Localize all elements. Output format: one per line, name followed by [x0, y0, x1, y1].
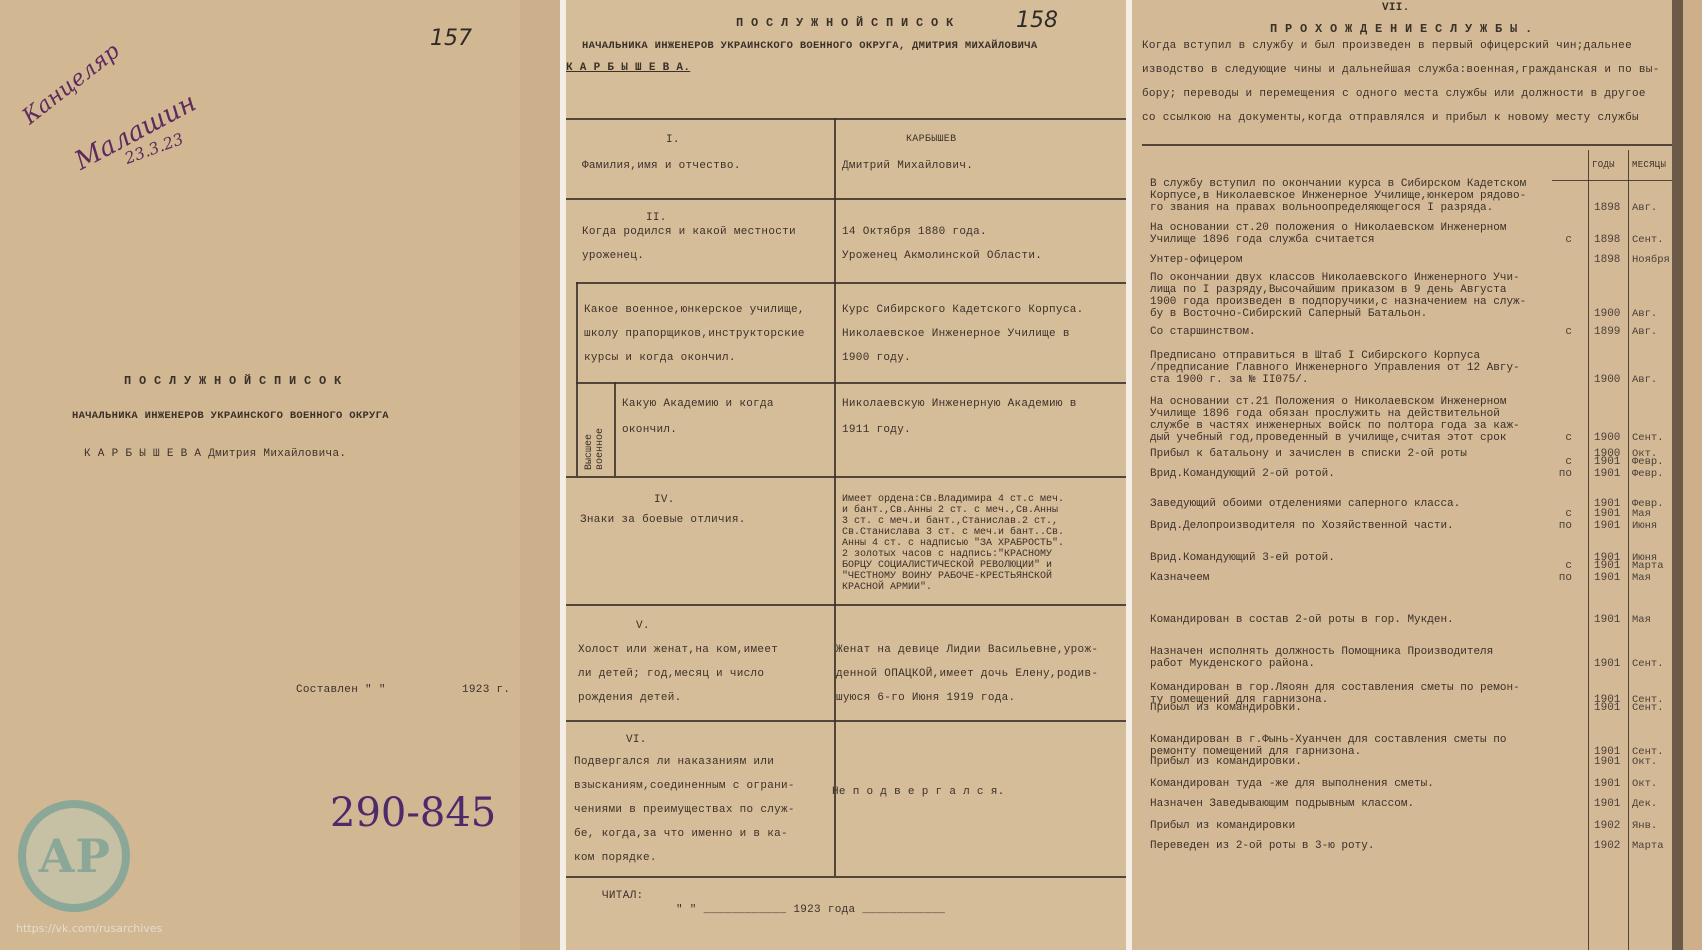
entry-year: 1899 — [1594, 326, 1620, 338]
entry-text: Прибыл из командировки — [1150, 820, 1295, 832]
entry-text: Казначеем — [1150, 572, 1209, 584]
section-answer: Курс Сибирского Кадетского Корпуса. — [842, 304, 1084, 316]
months-header: МЕСЯЦЫ — [1632, 160, 1666, 170]
section-question: ли детей; год,месяц и число — [578, 668, 764, 680]
entry-text: Унтер-офицером — [1150, 254, 1242, 266]
entry-year: 1900 — [1594, 308, 1620, 320]
entry-text: Командирован в г.Фынь-Хуанчен для состав… — [1150, 734, 1506, 758]
section-answer: Уроженец Акмолинской Области. — [842, 250, 1042, 262]
cover-subtitle: НАЧАЛЬНИКА ИНЖЕНЕРОВ УКРАИНСКОГО ВОЕННОГ… — [72, 410, 389, 422]
entry-month: Авг. — [1632, 308, 1657, 320]
entry-month: Февр. Февр. — [1632, 456, 1664, 480]
entry-text: Прибыл из командировки. — [1150, 702, 1302, 714]
table-border — [566, 604, 1126, 606]
section-question: Фамилия,имя и отчество. — [582, 160, 741, 172]
entry-text: Заведующий обоими отделениями саперного … — [1150, 498, 1460, 510]
awards-answer: Имеет ордена:Св.Владимира 4 ст.с меч. и … — [842, 494, 1064, 593]
read-date-line: " " ____________ 1923 года ____________ — [676, 904, 945, 916]
answer-line: "ЧЕСТНОМУ ВОИНУ РАБОЧЕ-КРЕСТЬЯНСКОЙ — [842, 571, 1064, 582]
entry-text: В службу вступил по окончании курса в Си… — [1150, 178, 1526, 214]
entry-year: 1901 1901 — [1594, 456, 1620, 480]
section-answer: 1911 году. — [842, 424, 911, 436]
table-border — [566, 476, 1126, 478]
months-column-divider — [1628, 150, 1629, 950]
table-border — [1142, 144, 1702, 146]
section-num: IV. — [654, 494, 675, 506]
record-title: П О С Л У Ж Н О Й С П И С О К — [736, 16, 954, 30]
intro-line: изводство в следующие чины и дальнейшая … — [1142, 64, 1660, 76]
section-answer: Дмитрий Михайлович. — [842, 160, 973, 172]
table-column-divider — [834, 118, 836, 876]
document-page-service-record: 158 П О С Л У Ж Н О Й С П И С О К НАЧАЛЬ… — [566, 0, 1126, 950]
section-answer: Не п о д в е р г а л с я. — [832, 786, 1005, 798]
section-answer: 14 Октября 1880 года. — [842, 226, 987, 238]
table-border — [566, 198, 1126, 200]
entry-from-to: с — [1532, 234, 1572, 246]
entry-from-to: с — [1532, 432, 1572, 444]
section-answer: 1900 году. — [842, 352, 911, 364]
entry-text: Назначен исполнять должность Помощника П… — [1150, 646, 1493, 670]
entry-month: Авг. — [1632, 374, 1657, 386]
intro-line: со ссылкою на документы,когда отправлялс… — [1142, 112, 1639, 124]
entry-year: 1901 — [1594, 756, 1620, 768]
section-answer: Николаевское Инженерное Училище в — [842, 328, 1070, 340]
entry-month: Окт. — [1632, 756, 1657, 768]
entry-text: Врид.Командующий 3-ей ротой. — [1150, 552, 1335, 564]
entry-month: Авг. — [1632, 326, 1657, 338]
document-page-service-history: VII. П Р О Х О Ж Д Е Н И Е С Л У Ж Б Ы .… — [1132, 0, 1702, 950]
watermark-link[interactable]: https://vk.com/rusarchives — [16, 922, 162, 935]
section-question: Когда родился и какой местности — [582, 226, 796, 238]
answer-line: БОРЦУ СОЦИАЛИСТИЧЕСКОЙ РЕВОЛЮЦИИ" и — [842, 560, 1064, 571]
section-question: взысканиям,соединенным с ограни- — [574, 780, 795, 792]
entry-month: Сент. — [1632, 432, 1664, 444]
document-page-cover: 157 Канцеляр Малашин 23.3.23 П О С Л У Ж… — [0, 0, 520, 950]
entry-year: 1901 — [1594, 798, 1620, 810]
section-question: чениями в преимуществах по служ- — [574, 804, 795, 816]
entry-year: 1898 — [1594, 202, 1620, 214]
cover-name-line: К А Р Б Ы Ш Е В А Дмитрия Михайловича. — [84, 448, 346, 460]
section-answer: шуюся 6-го Июня 1919 года. — [836, 692, 1015, 704]
section-question: Какую Академию и когда — [622, 398, 774, 410]
section-question: рождения детей. — [578, 692, 682, 704]
section-answer: денной ОПАЦКОЙ,имеет дочь Елену,родив- — [836, 668, 1098, 680]
section-num: II. — [646, 212, 667, 224]
answer-line: КРАСНОЙ АРМИИ". — [842, 582, 1064, 593]
years-header: ГОДЫ — [1592, 160, 1615, 170]
table-column-divider — [576, 282, 578, 476]
section-num: I. — [666, 134, 680, 146]
entry-text: Врид.Делопроизводителя по Хозяйственной … — [1150, 520, 1454, 532]
entry-month: Окт. — [1632, 778, 1657, 790]
entry-year: 1902 — [1594, 840, 1620, 852]
entry-month: Мая — [1632, 614, 1651, 626]
entry-year: 1901 — [1594, 778, 1620, 790]
section-question: окончил. — [622, 424, 677, 436]
section-num: V. — [636, 620, 650, 632]
section-question: Знаки за боевые отличия. — [580, 514, 746, 526]
entry-year: 1901 — [1594, 614, 1620, 626]
record-subtitle: НАЧАЛЬНИКА ИНЖЕНЕРОВ УКРАИНСКОГО ВОЕННОГ… — [582, 40, 1037, 52]
entry-text: Командирован в состав 2-ой роты в гор. М… — [1150, 614, 1454, 626]
entry-text: Со старшинством. — [1150, 326, 1256, 338]
section-question: ком порядке. — [574, 852, 657, 864]
table-column-divider — [614, 382, 616, 476]
answer-line: и бант.,Св.Анны 2 ст. с меч.,Св.Анны — [842, 505, 1064, 516]
section-answer: Женат на девице Лидии Васильевне,урож- — [836, 644, 1098, 656]
table-border — [566, 876, 1126, 878]
entry-month: Сент. — [1632, 658, 1664, 670]
entry-year: 1900 — [1594, 432, 1620, 444]
entry-year: 1901 1901 — [1594, 508, 1620, 532]
entry-month: Марта Мая — [1632, 560, 1664, 584]
answer-line: Св.Станислава 3 ст. с меч.и бант..Св. — [842, 527, 1064, 538]
page-number: 158 — [1016, 8, 1058, 33]
entry-text: Врид.Командующий 2-ой ротой. — [1150, 468, 1335, 480]
entry-month: Марта — [1632, 840, 1664, 852]
handwritten-note-line1: Канцеляр — [18, 39, 125, 130]
answer-line: Имеет ордена:Св.Владимира 4 ст.с меч. — [842, 494, 1064, 505]
read-label: ЧИТАЛ: — [602, 890, 643, 902]
archive-number: 290-845 — [330, 790, 496, 836]
entry-text: Предписано отправиться в Штаб I Сибирско… — [1150, 350, 1520, 386]
table-border — [576, 382, 1126, 384]
archive-stamp: АР — [18, 800, 130, 912]
answer-line: 2 золотых часов с надпись:"КРАСНОМУ — [842, 549, 1064, 560]
section-question: уроженец. — [582, 250, 644, 262]
entry-month: Мая Июня — [1632, 508, 1657, 532]
monogram-icon: АР — [38, 829, 110, 883]
section-question: курсы и когда окончил. — [584, 352, 736, 364]
entry-from-to: с по — [1532, 560, 1572, 584]
record-surname: К А Р Б Ы Ш Е В А. — [566, 62, 690, 74]
entry-month: Дек. — [1632, 798, 1657, 810]
next-page-edge — [1683, 0, 1702, 950]
side-label: Высшее военное — [584, 390, 606, 470]
entry-from-to: с по — [1532, 456, 1572, 480]
section-num: VI. — [626, 734, 647, 746]
entry-text: Назначен Заведывающим подрывным классом. — [1150, 798, 1414, 810]
section-answer: КАРБЫШЕВ — [906, 134, 956, 145]
composed-label: Составлен " " — [296, 684, 386, 696]
entry-text: Прибыл из командировки. — [1150, 756, 1302, 768]
entry-month: Ноября — [1632, 254, 1670, 266]
answer-line: 3 ст. с меч.и бант.,Станислав.2 ст., — [842, 516, 1064, 527]
section-question: Какое военное,юнкерское училище, — [584, 304, 805, 316]
answer-line: Анны 4 ст. с надписью "ЗА ХРАБРОСТЬ". — [842, 538, 1064, 549]
entry-from-to: с — [1532, 326, 1572, 338]
section-num: VII. — [1382, 2, 1410, 14]
entry-year: 1901 1901 — [1594, 560, 1620, 584]
entry-year: 1902 — [1594, 820, 1620, 832]
entry-year: 1898 — [1594, 234, 1620, 246]
entry-year: 1900 — [1594, 374, 1620, 386]
page-number: 157 — [430, 26, 472, 51]
entry-month: Авг. — [1632, 202, 1657, 214]
composed-year: 1923 г. — [462, 684, 510, 696]
intro-line: бору; переводы и перемещения с одного ме… — [1142, 88, 1646, 100]
cover-title: П О С Л У Ж Н О Й С П И С О К — [124, 374, 342, 388]
section-answer: Николаевскую Инженерную Академию в — [842, 398, 1077, 410]
entry-year: 1898 — [1594, 254, 1620, 266]
entry-text: Командирован туда -же для выполнения сме… — [1150, 778, 1434, 790]
entry-text: Переведен из 2-ой роты в 3-ю роту. — [1150, 840, 1374, 852]
years-column-divider — [1588, 150, 1589, 950]
entry-month: Сент. — [1632, 234, 1664, 246]
section-question: бе, когда,за что именно и в ка- — [574, 828, 788, 840]
section-question: Подвергался ли наказаниям или — [574, 756, 774, 768]
entry-year: 1901 — [1594, 658, 1620, 670]
section-question: школу прапорщиков,инструкторские — [584, 328, 805, 340]
table-border — [576, 282, 1126, 284]
table-border — [566, 118, 1126, 120]
table-border — [566, 720, 1126, 722]
entry-text: По окончании двух классов Николаевского … — [1150, 272, 1526, 320]
entry-text: Прибыл к батальону и зачислен в списки 2… — [1150, 448, 1467, 460]
entry-text: На основании ст.20 положения о Николаевс… — [1150, 222, 1506, 246]
section-question: Холост или женат,на ком,имеет — [578, 644, 778, 656]
entry-from-to: с по — [1532, 508, 1572, 532]
entry-month: Янв. — [1632, 820, 1657, 832]
entry-text: На основании ст.21 Положения о Николаевс… — [1150, 396, 1520, 444]
entry-year: 1901 — [1594, 702, 1620, 714]
service-history-title: П Р О Х О Ж Д Е Н И Е С Л У Ж Б Ы . — [1270, 22, 1533, 36]
entry-month: Сент. — [1632, 702, 1664, 714]
intro-line: Когда вступил в службу и был произведен … — [1142, 40, 1632, 52]
